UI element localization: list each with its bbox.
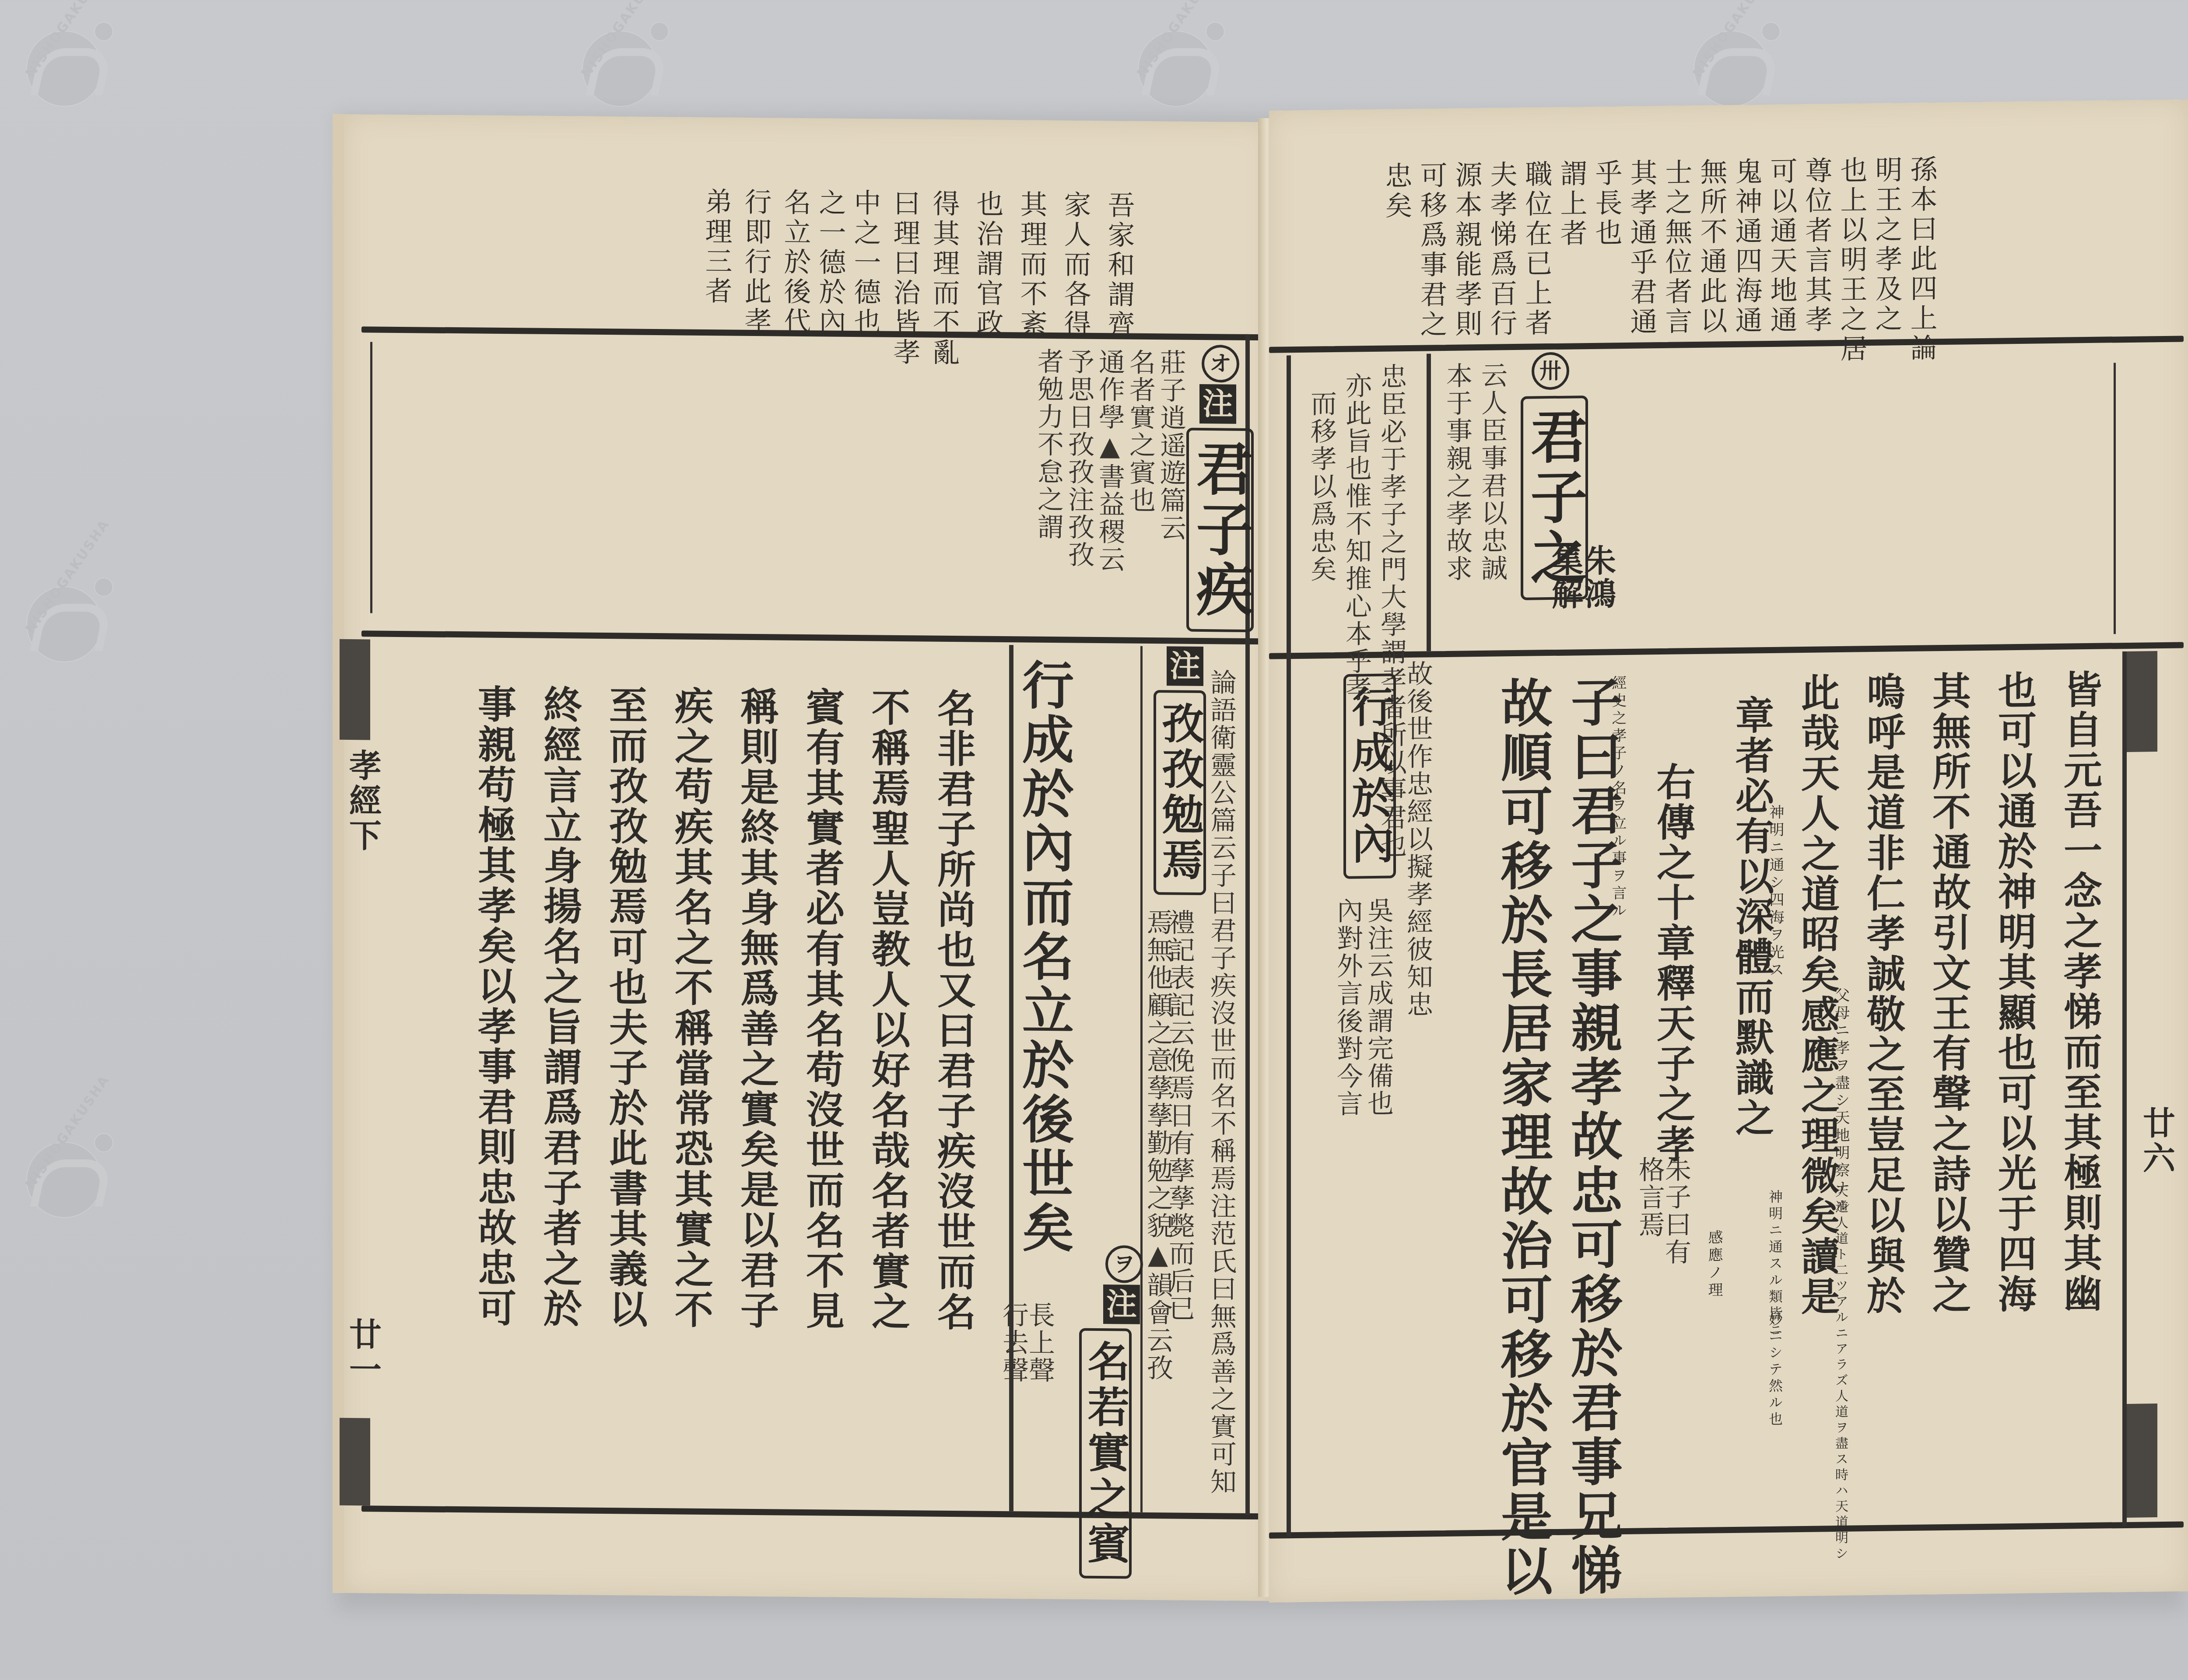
- right-page: 孫本曰此四上論 明王之孝及之 也上以明王之居 尊位者言其孝 可以通天地通 鬼神通…: [1269, 99, 2188, 1603]
- marginal-gloss: 妙ニシテ然ル也: [1768, 1312, 1782, 1428]
- handwritten-note: 家人而各得: [1062, 190, 1089, 339]
- watermark-logo-icon: NISHOGAKUSHA: [1676, 9, 1781, 114]
- commentary-heading-3: 名若實之賓: [1079, 1328, 1132, 1579]
- watermark-logo-icon: NISHOGAKUSHA: [565, 9, 670, 114]
- handwritten-note: 其理而不紊: [1018, 190, 1045, 339]
- commentary-column: 者勉力不怠之謂: [1035, 348, 1062, 541]
- watermark-logo-icon: NISHOGAKUSHA: [9, 1120, 114, 1225]
- main-text-column: 故順可移於長居家理故治可移於官是以: [1497, 676, 1548, 1599]
- bleed-through-text: [410, 360, 445, 535]
- main-text-column: 行成於內而名立於後世矣: [1018, 658, 1069, 1255]
- commentary-column: 予思日孜孜注孜孜: [1066, 348, 1092, 569]
- commentary-divider-rule: [1427, 353, 1431, 651]
- main-text-column: 章者必有以深體而默識之: [1733, 695, 1771, 1138]
- middle-frame-rule: [361, 630, 1272, 644]
- section-mark: ヲ: [1105, 1245, 1143, 1283]
- left-inner-rule: [370, 342, 372, 613]
- handwritten-note: 鬼神通四海通: [1733, 157, 1760, 336]
- handwritten-note: 名立於後代: [782, 188, 809, 337]
- main-text-column: 皆自元吾一念之孝悌而至其極則其幽: [2061, 669, 2100, 1314]
- handwritten-note: 也上以明王之居: [1838, 156, 1865, 364]
- main-text-column: 也可以通於神明其顯也可以光于四海: [1995, 670, 2034, 1315]
- commentary-heading: 君子疾: [1186, 428, 1254, 632]
- handwritten-note: 之一德於內: [817, 188, 844, 337]
- handwritten-note: 中之一德也: [852, 189, 879, 338]
- commentary-column: 莊子逍遥遊篇云: [1158, 349, 1184, 542]
- upper-frame-rule: [1269, 336, 2184, 353]
- margin-fishtail-mark: [2127, 651, 2157, 752]
- main-text-column: 不稱焉聖人豈教人以好名哉名者實之: [869, 687, 908, 1332]
- handwritten-note: 夫孝悌爲百行: [1488, 160, 1515, 339]
- main-text-column: 終經言立身揚名之旨謂爲君子者之於: [541, 685, 579, 1329]
- handwritten-note: 行即行此孝: [742, 188, 769, 337]
- volume-label: 孝經下: [340, 749, 386, 854]
- inline-note: 行去聲: [1000, 1301, 1027, 1384]
- handwritten-note: 源本親能孝則: [1453, 161, 1480, 339]
- handwritten-note: 謂上者: [1558, 159, 1585, 249]
- bottom-frame-rule: [361, 1505, 1272, 1519]
- commentary-column: 通作學▲書益稷云: [1097, 348, 1123, 574]
- handwritten-note: 職位在已上者: [1523, 160, 1550, 339]
- main-text-column: 嗚呼是道非仁孝誠敬之至豈足以與於: [1864, 672, 1903, 1316]
- marginal-gloss: 神明ニ通シ四海ヲ光ス: [1768, 805, 1783, 980]
- main-text-column: 事親苟極其孝矣以孝事君則忠故忠可: [475, 684, 514, 1328]
- commentary-author-role: 集解: [1549, 544, 1581, 611]
- section-mark: 卅: [1532, 352, 1569, 390]
- note-badge: 注: [1199, 384, 1236, 424]
- commentary-column: 內對外言後對今言: [1335, 897, 1361, 1118]
- handwritten-note: 忠矣: [1383, 161, 1410, 221]
- handwritten-note: 乎長也: [1593, 159, 1620, 248]
- main-text-column: 右傳之十章釋天子之孝: [1654, 762, 1693, 1165]
- watermark-logo-icon: NISHOGAKUSHA: [1120, 9, 1225, 114]
- handwritten-note: 吾家和謂齊: [1105, 191, 1133, 340]
- handwritten-note: 孫本曰此四上論: [1908, 155, 1935, 364]
- commentary-column: 云人臣事君以忠誠: [1479, 361, 1505, 582]
- right-inner-rule: [2114, 363, 2116, 634]
- handwritten-note: 明王之孝及之: [1873, 155, 1900, 334]
- commentary-author: 朱鴻: [1582, 544, 1613, 611]
- handwritten-note: 弟理三者: [703, 187, 730, 307]
- commentary-column: 亦此旨也惟不知推心本乎孝: [1343, 372, 1370, 703]
- handwritten-note: 無所不通此以: [1698, 157, 1725, 336]
- heading-gloss: 論語衛靈公篇云子曰君子疾沒世而名不稱焉注范氏曰無爲善之實可知: [1208, 668, 1234, 1496]
- section-mark: オ: [1202, 345, 1239, 383]
- bottom-frame-rule: [1269, 1521, 2184, 1539]
- main-text-column: 其無所不通故引文王有聲之詩以贊之: [1930, 671, 1968, 1315]
- marginal-gloss: 經史之孝子ノ名ヲ立ル事ヲ言ル: [1610, 675, 1625, 920]
- handwritten-note: 尊位者言其孝: [1803, 156, 1830, 335]
- main-text-column: 稱則是終其身無爲善之實矣是以君子: [738, 686, 776, 1331]
- page-number: 廿六: [2133, 1106, 2180, 1176]
- handwritten-note: 可移爲事君之: [1418, 161, 1445, 340]
- main-text-column: 名非君子所尚也又曰君子疾沒世而名: [935, 688, 973, 1333]
- commentary-heading-2: 孜孜勉焉: [1154, 690, 1206, 895]
- handwritten-note: 士之無位者言: [1663, 158, 1690, 337]
- marginal-gloss: 父母ニ孝ヲ盡シ天地明察ナル: [1834, 987, 1848, 1215]
- right-frame-rule: [2122, 651, 2127, 1526]
- handwritten-note: 也治謂官政: [974, 189, 1001, 339]
- commentary-column: 焉無他顧之意孶孶勤勉之貌▲韻會云孜: [1145, 909, 1171, 1382]
- inline-note: 格言焉: [1637, 1156, 1663, 1239]
- main-text-column: 此哉天人之道昭矣感應之理微矣讀是: [1799, 672, 1837, 1317]
- inline-note: 長上聲: [1027, 1301, 1053, 1384]
- margin-fishtail-mark: [2127, 1403, 2157, 1518]
- commentary-column: 而移孝以爲忠矣: [1308, 390, 1335, 583]
- margin-fishtail-mark: [340, 639, 370, 740]
- page-number: 廿一: [340, 1317, 386, 1388]
- margin-fishtail-mark: [340, 1418, 370, 1506]
- marginal-gloss: 天道人道ト二ツアルニアラズ人道ヲ盡ス時ハ天道明シ: [1834, 1184, 1847, 1562]
- commentary-column: 吳注云成謂完備也: [1365, 896, 1392, 1117]
- note-badge: 注: [1167, 646, 1203, 686]
- left-page: 吾家和謂齊 家人而各得 其理而不紊 也治謂官政 得其理而不亂 曰理曰治皆孝 中之…: [333, 114, 1272, 1601]
- main-text-column: 賓有其實者必有其名苟沒世而名不見: [803, 687, 842, 1331]
- note-badge: 注: [1103, 1284, 1140, 1324]
- marginal-gloss: 感應ノ理: [1707, 1229, 1722, 1299]
- left-frame-rule: [1287, 355, 1291, 1536]
- main-text-column: 疾之苟疾其名之不稱當常恐其實之不: [672, 686, 711, 1330]
- volume-label-text: 孝經下: [344, 749, 382, 854]
- handwritten-note: 得其理而不亂: [930, 189, 957, 368]
- watermark-logo-icon: NISHOGAKUSHA: [9, 9, 114, 114]
- handwritten-note: 其孝通乎君通: [1628, 158, 1655, 337]
- watermark-logo-icon: NISHOGAKUSHA: [9, 564, 114, 669]
- inline-note: 朱子曰有: [1663, 1155, 1689, 1266]
- main-text-column: 至而孜孜勉焉可也夫子於此書其義以: [607, 685, 645, 1330]
- handwritten-note: 可以通天地通: [1768, 157, 1795, 336]
- commentary-column: 名者實之賓也: [1127, 348, 1154, 514]
- handwritten-note: 曰理曰治皆孝: [891, 189, 918, 368]
- commentary-heading-2: 行成於內: [1343, 673, 1396, 878]
- commentary-column: 故後世作忠經以擬孝經彼知忠: [1405, 660, 1431, 1018]
- commentary-column: 本于事親之孝故求: [1444, 362, 1470, 583]
